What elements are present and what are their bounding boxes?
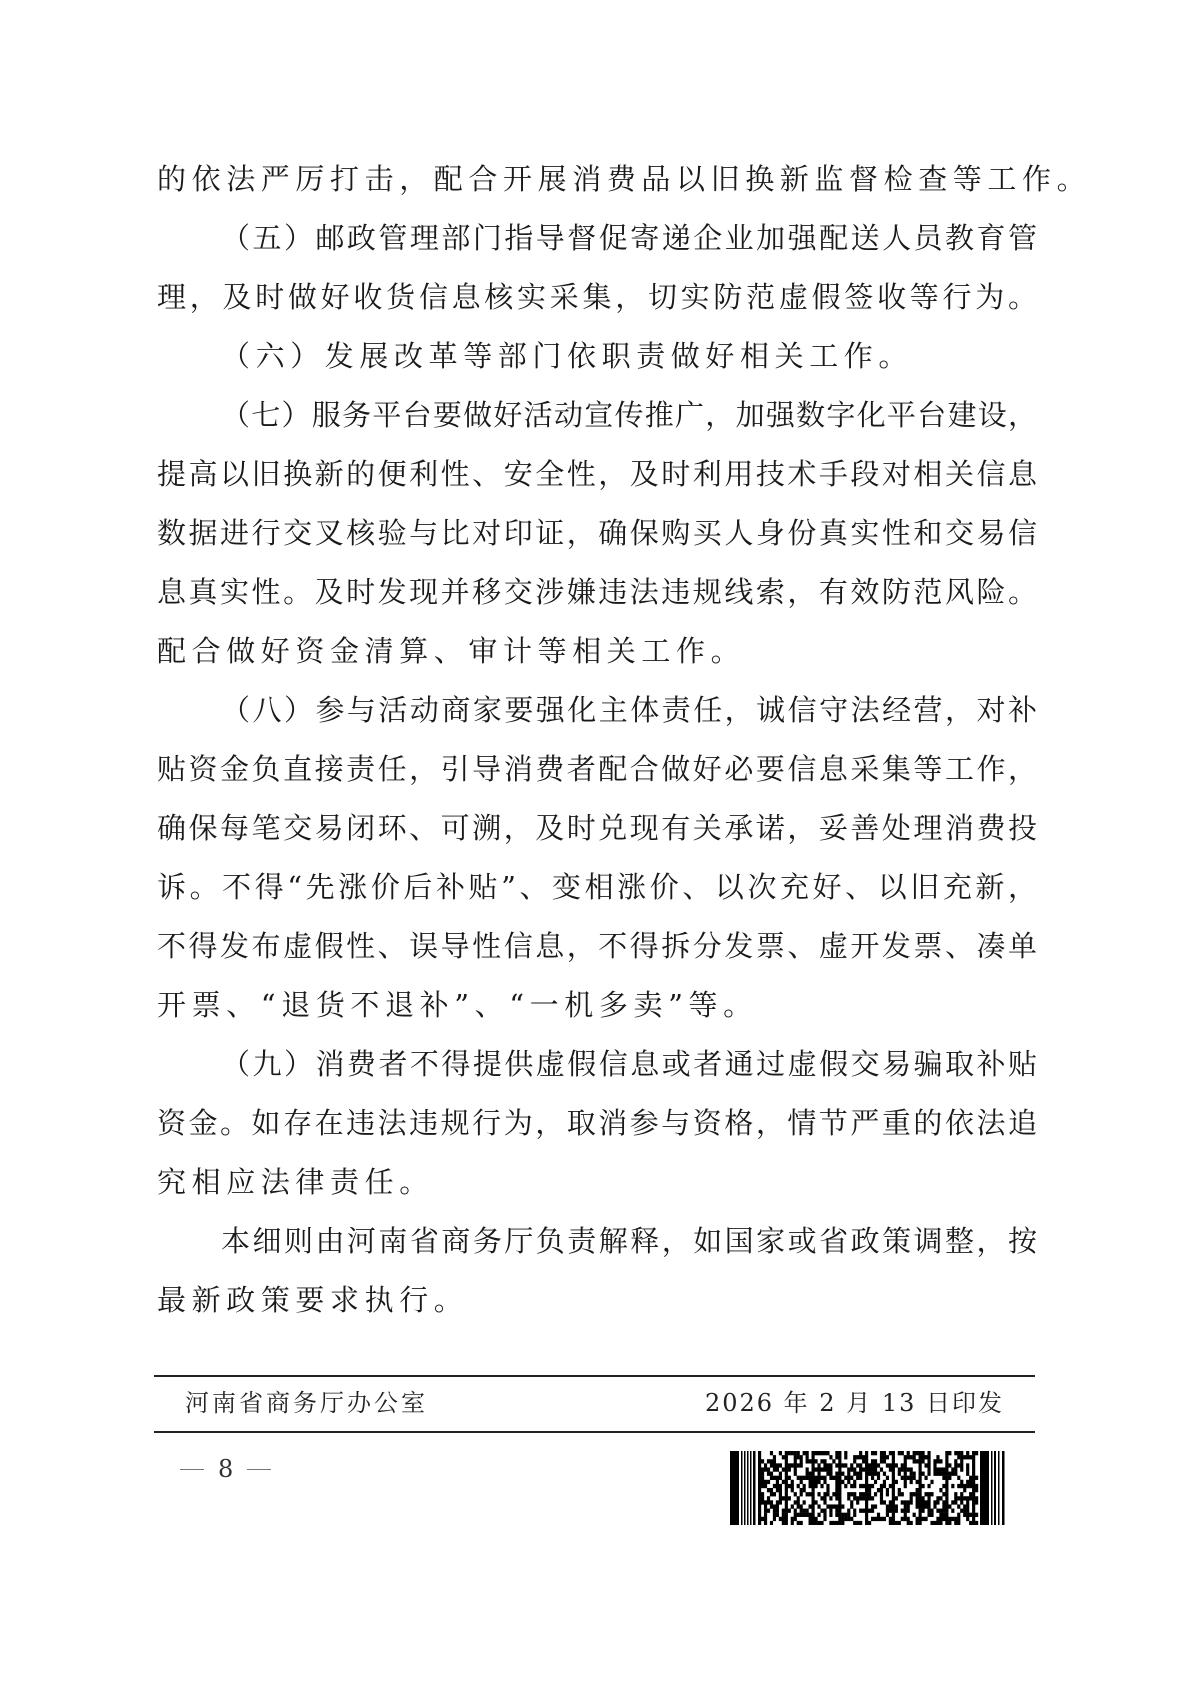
body-line: 提高以旧换新的便利性、安全性，及时利用技术手段对相关信息 xyxy=(157,445,1037,504)
body-line: 确保每笔交易闭环、可溯，及时兑现有关承诺，妥善处理消费投 xyxy=(157,799,1037,858)
body-line: 诉。不得“先涨价后补贴”、变相涨价、以次充好、以旧充新， xyxy=(157,858,1037,917)
footer-top-rule xyxy=(154,1375,1035,1377)
issue-date: 2026 年 2 月 13 日印发 xyxy=(705,1386,1004,1420)
page-number-value: 8 xyxy=(218,1452,233,1486)
dash-left xyxy=(180,1469,204,1470)
body-line: 开票、“退货不退补”、“一机多卖”等。 xyxy=(157,976,1037,1035)
dash-right xyxy=(247,1469,271,1470)
body-line: 的依法严厉打击，配合开展消费品以旧换新监督检查等工作。 xyxy=(157,150,1037,209)
body-line: （七）服务平台要做好活动宣传推广，加强数字化平台建设， xyxy=(157,386,1037,445)
footer-bottom-rule xyxy=(154,1431,1035,1433)
document-body: 的依法严厉打击，配合开展消费品以旧换新监督检查等工作。 （五）邮政管理部门指导督… xyxy=(157,150,1037,1330)
body-line: 数据进行交叉核验与比对印证，确保购买人身份真实性和交易信 xyxy=(157,504,1037,563)
body-line: （九）消费者不得提供虚假信息或者通过虚假交易骗取补贴 xyxy=(157,1035,1037,1094)
body-line: 本细则由河南省商务厅负责解释，如国家或省政策调整，按 xyxy=(157,1212,1037,1271)
body-line: 配合做好资金清算、审计等相关工作。 xyxy=(157,622,1037,681)
page-number: 8 xyxy=(180,1452,271,1486)
body-line: （八）参与活动商家要强化主体责任，诚信守法经营，对补 xyxy=(157,681,1037,740)
pdf417-barcode-icon xyxy=(730,1451,1008,1525)
document-page: 的依法严厉打击，配合开展消费品以旧换新监督检查等工作。 （五）邮政管理部门指导督… xyxy=(0,0,1190,1682)
body-line: 贴资金负直接责任，引导消费者配合做好必要信息采集等工作， xyxy=(157,740,1037,799)
body-line: 究相应法律责任。 xyxy=(157,1153,1037,1212)
body-line: （六）发展改革等部门依职责做好相关工作。 xyxy=(157,327,1037,386)
body-line: 理，及时做好收货信息核实采集，切实防范虚假签收等行为。 xyxy=(157,268,1037,327)
body-line: 最新政策要求执行。 xyxy=(157,1271,1037,1330)
body-line: 资金。如存在违法违规行为，取消参与资格，情节严重的依法追 xyxy=(157,1094,1037,1153)
body-line: （五）邮政管理部门指导督促寄递企业加强配送人员教育管 xyxy=(157,209,1037,268)
issuer-name: 河南省商务厅办公室 xyxy=(185,1386,428,1420)
body-line: 息真实性。及时发现并移交涉嫌违法违规线索，有效防范风险。 xyxy=(157,563,1037,622)
body-line: 不得发布虚假性、误导性信息，不得拆分发票、虚开发票、凑单 xyxy=(157,917,1037,976)
